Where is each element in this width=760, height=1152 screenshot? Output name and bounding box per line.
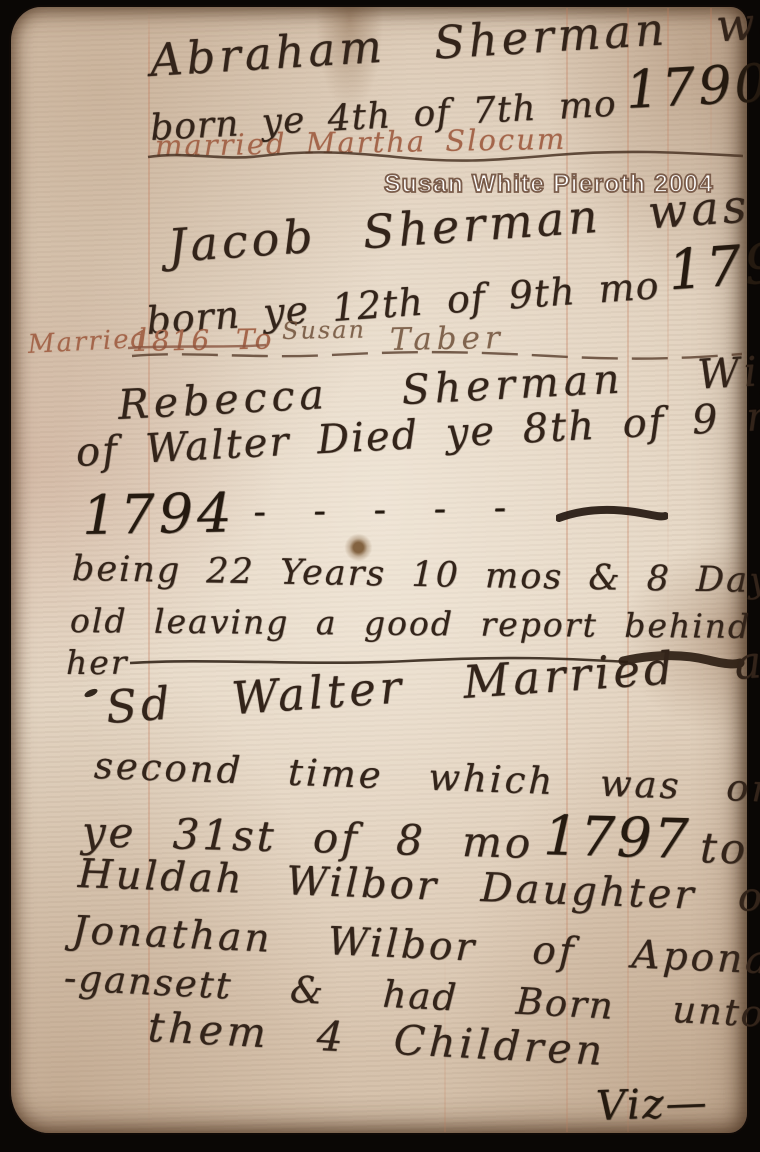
birth-year: 1790 (624, 53, 760, 120)
marriage-date-suffix: to (699, 823, 748, 873)
death-year-line: 1794- - - - - (81, 476, 517, 547)
ink-dashes: - - - - - (253, 486, 517, 534)
closing-viz: Viz— (595, 1078, 709, 1130)
age-line-2: old leaving a good report behind (70, 601, 751, 646)
bride-last-name: Taber (390, 320, 505, 358)
death-year: 1794 (81, 481, 236, 547)
birth-year: 1791 (666, 228, 760, 302)
struck-marriage-date: 1816 To (132, 323, 274, 358)
marriage-year: 1797 (543, 803, 692, 871)
scanned-register-page: Abraham Sherman was born ye 4th of 7th m… (0, 0, 760, 1152)
age-line-3: her (66, 643, 129, 682)
marriage-note-red-ink: married Martha Slocum (155, 122, 567, 163)
bride-first-name: Susan (282, 316, 366, 345)
